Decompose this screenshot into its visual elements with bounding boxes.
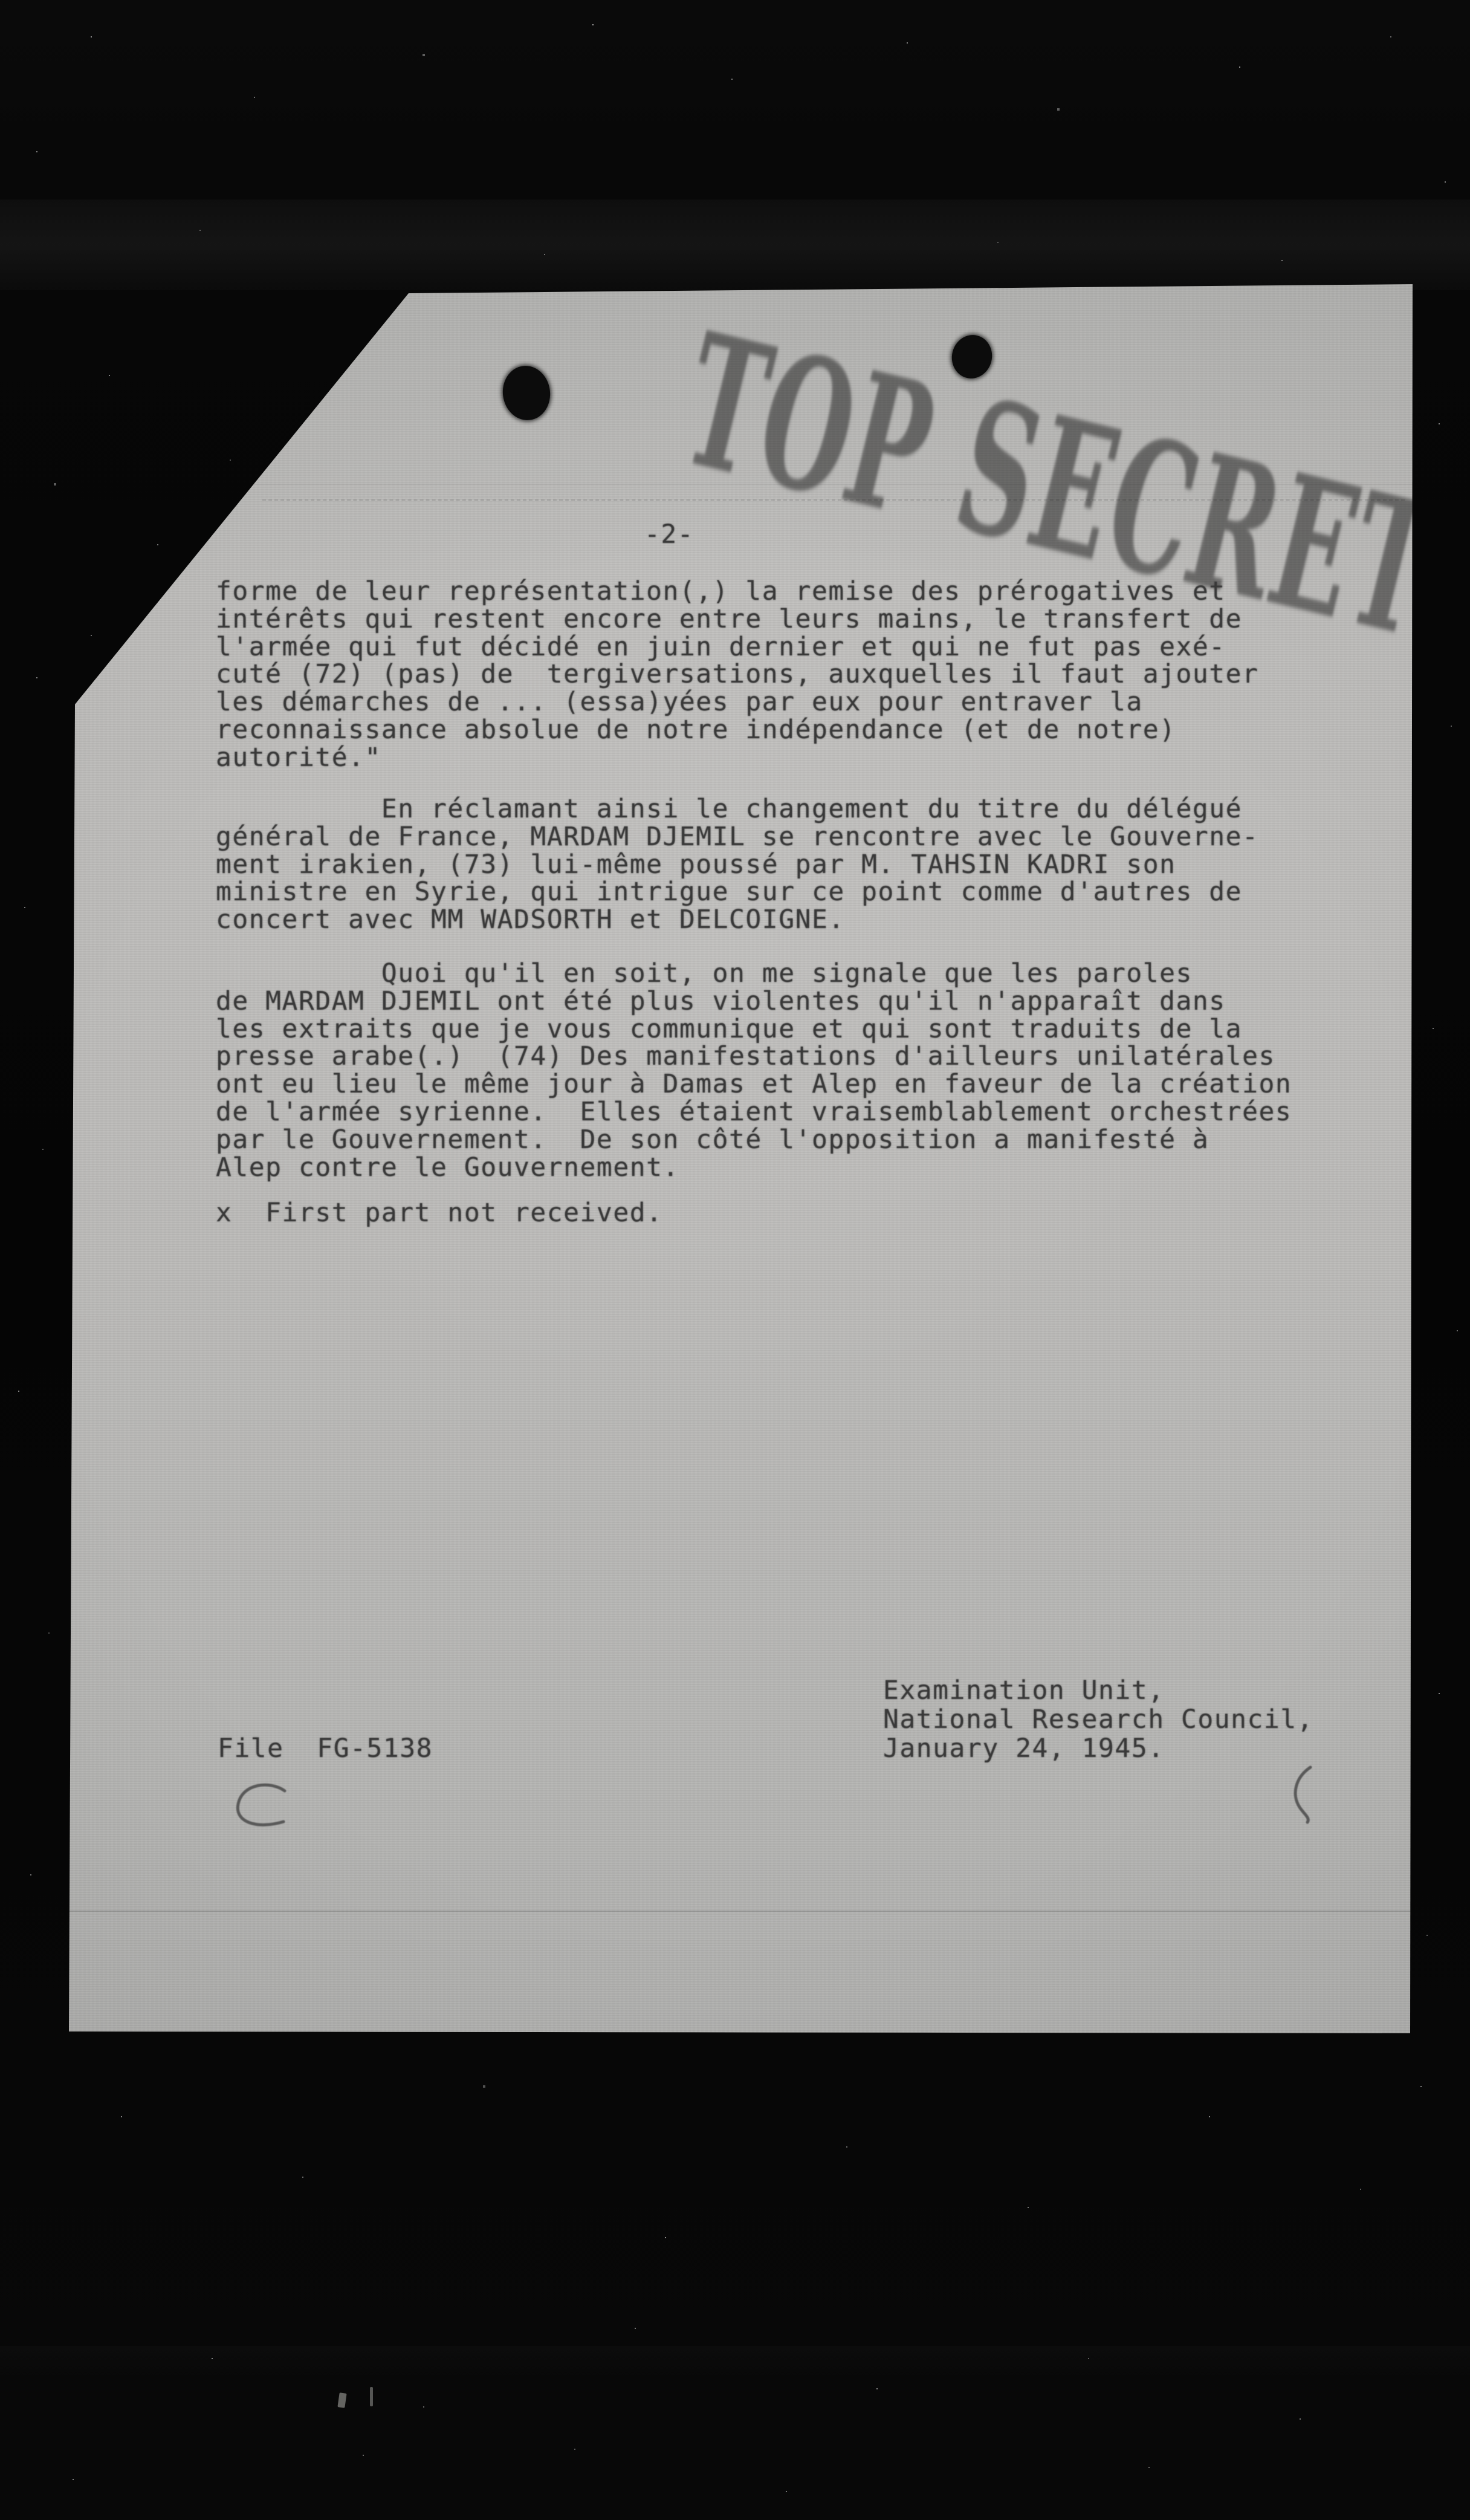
paragraph-reclamation: En réclamant ainsi le changement du titr…	[216, 796, 1258, 934]
scanned-document-page: { "document": { "classification_stamp": …	[0, 0, 1470, 2520]
paragraph-quote: forme de leur représentation(,) la remis…	[216, 578, 1258, 772]
paragraph-manifestations: Quoi qu'il en soit, on me signale que le…	[216, 960, 1292, 1181]
signature-block: Examination Unit, National Research Coun…	[883, 1676, 1313, 1763]
footnote-first-part: x First part not received.	[216, 1200, 662, 1227]
film-light-band-top	[0, 200, 1470, 290]
file-reference: File FG-5138	[218, 1735, 433, 1763]
handwritten-c-mark	[223, 1779, 311, 1836]
handwritten-paren-mark	[1284, 1762, 1320, 1826]
dust-speckles	[0, 0, 1, 1]
paper-sheet: TOP SECRET -2- forme de leur représentat…	[69, 284, 1413, 2033]
page-number: -2-	[644, 521, 694, 549]
scan-artifact-line	[69, 1911, 1413, 1912]
scan-artifact-line	[69, 484, 1413, 485]
scan-artifact-dashed-line	[262, 499, 1405, 501]
film-scratch-mark	[370, 2387, 373, 2406]
film-light-band-bottom	[0, 2346, 1470, 2382]
